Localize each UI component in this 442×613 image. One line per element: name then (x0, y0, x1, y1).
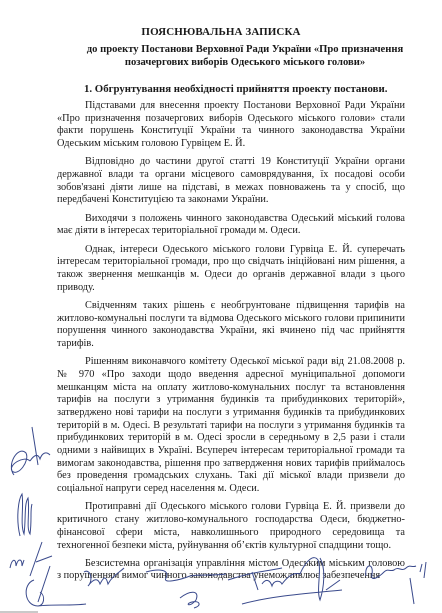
bottom-signature-4 (222, 550, 352, 612)
paragraph: Відповідно до частини другої статті 19 К… (57, 156, 405, 207)
paragraph: Підставами для внесення проекту Постанов… (57, 100, 405, 151)
paragraph: Свідченням таких рішень є необгрунтоване… (57, 300, 405, 351)
margin-signature-2 (10, 490, 40, 540)
document-title: ПОЯСНЮВАЛЬНА ЗАПИСКА (0, 26, 442, 38)
paragraph: Рішенням виконавчого комітету Одеської м… (57, 356, 405, 496)
paragraph: Однак, інтереси Одеського міського голов… (57, 244, 405, 295)
bottom-signature-5 (360, 558, 440, 608)
section-heading: 1. Обгрунтування необхідності прийняття … (84, 83, 414, 95)
bottom-signature-2 (80, 566, 140, 596)
document-body: Підставами для внесення проекту Постанов… (57, 100, 405, 589)
bottom-signature-3 (140, 560, 230, 610)
paragraph: Виходячи з положень чинного законодавств… (57, 213, 405, 238)
document-page: ПОЯСНЮВАЛЬНА ЗАПИСКА до проекту Постанов… (0, 0, 442, 613)
margin-signature-1 (4, 425, 54, 485)
paragraph: Протиправні дії Одеського міського голов… (57, 501, 405, 552)
document-subtitle: до проекту Постанови Верховної Ради Укра… (80, 44, 410, 69)
